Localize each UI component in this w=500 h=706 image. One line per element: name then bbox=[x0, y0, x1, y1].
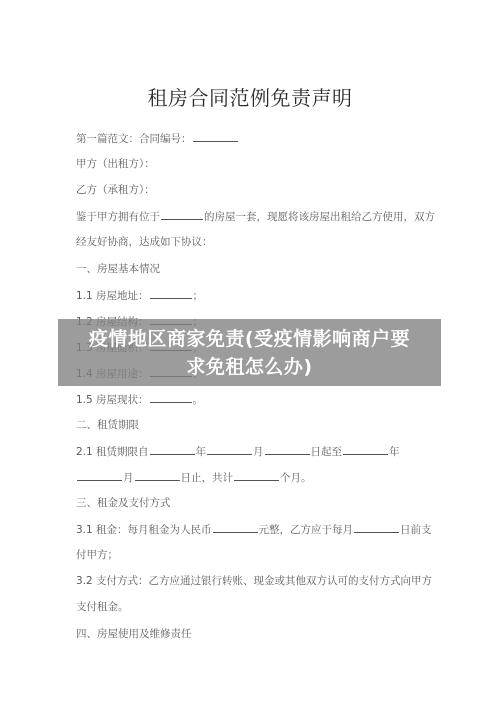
item-2-1-line-1: 2.1 租赁期限自年月日起至年 bbox=[76, 444, 400, 459]
blank bbox=[343, 444, 388, 455]
item-3-2-cont: 支付租金。 bbox=[76, 600, 129, 614]
text: 日前支 bbox=[400, 524, 432, 536]
text: 年 bbox=[389, 446, 400, 458]
text: 3.1 租金：每月租金为人民币 bbox=[76, 524, 212, 536]
text: 日起至 bbox=[311, 446, 343, 458]
text: 个月。 bbox=[280, 472, 312, 484]
item-blank bbox=[150, 288, 192, 299]
item-blank bbox=[150, 392, 192, 403]
blank bbox=[207, 444, 252, 455]
section-3-heading: 三、租金及支付方式 bbox=[76, 496, 171, 510]
blank bbox=[213, 522, 258, 533]
text: 年 bbox=[196, 446, 207, 458]
item-3-2: 3.2 支付方式：乙方应通过银行转账、现金或其他双方认可的支付方式向甲方 bbox=[76, 574, 432, 588]
section-1-heading: 一、房屋基本情况 bbox=[76, 262, 160, 276]
item-end: 。 bbox=[193, 394, 204, 406]
preamble-text-b: 的房屋一套，现愿将该房屋出租给乙方使用，双方 bbox=[204, 211, 435, 223]
text: 元整，乙方应于每月 bbox=[259, 524, 354, 536]
contract-number-line: 第一篇范文：合同编号： bbox=[76, 131, 239, 146]
blank bbox=[265, 444, 310, 455]
item-3-1-cont: 付甲方； bbox=[76, 548, 118, 562]
location-blank bbox=[161, 209, 203, 220]
preamble-line-1: 鉴于甲方拥有位于的房屋一套，现愿将该房屋出租给乙方使用，双方 bbox=[76, 209, 435, 224]
text: 日止，共计 bbox=[181, 472, 234, 484]
text: 月 bbox=[253, 446, 264, 458]
item-label: 1.1 房屋地址： bbox=[76, 290, 149, 302]
item-2-1-line-2: 月日止，共计个月。 bbox=[76, 470, 312, 485]
overlay-title-line-1: 疫情地区商家免责(受疫情影响商户要 bbox=[70, 325, 430, 353]
contract-number-blank bbox=[193, 131, 238, 142]
title-overlay-banner: 疫情地区商家免责(受疫情影响商户要 求免租怎么办) bbox=[58, 319, 441, 386]
text: 2.1 租赁期限自 bbox=[76, 446, 149, 458]
blank bbox=[77, 470, 122, 481]
item-1-5: 1.5 房屋现状：。 bbox=[76, 392, 203, 407]
item-end: ； bbox=[193, 290, 204, 302]
item-3-1: 3.1 租金：每月租金为人民币元整，乙方应于每月日前支 bbox=[76, 522, 432, 537]
section-2-heading: 二、租赁期限 bbox=[76, 418, 139, 432]
party-b-line: 乙方（承租方）： bbox=[76, 183, 155, 197]
blank bbox=[354, 522, 399, 533]
section-4-heading: 四、房屋使用及维修责任 bbox=[76, 627, 192, 641]
contract-number-label: 第一篇范文：合同编号： bbox=[76, 133, 192, 145]
document-title: 租房合同范例免责声明 bbox=[0, 84, 500, 112]
blank bbox=[150, 444, 195, 455]
item-1-1: 1.1 房屋地址：； bbox=[76, 288, 203, 303]
party-a-line: 甲方（出租方）： bbox=[76, 157, 155, 171]
text: 月 bbox=[123, 472, 134, 484]
preamble-line-2: 经友好协商，达成如下协议： bbox=[76, 235, 213, 249]
overlay-title-line-2: 求免租怎么办) bbox=[70, 353, 430, 381]
blank bbox=[135, 470, 180, 481]
item-label: 1.5 房屋现状： bbox=[76, 394, 149, 406]
preamble-text-a: 鉴于甲方拥有位于 bbox=[76, 211, 160, 223]
document-page: 租房合同范例免责声明 第一篇范文：合同编号： 甲方（出租方）： 乙方（承租方）：… bbox=[0, 0, 500, 706]
blank bbox=[234, 470, 279, 481]
